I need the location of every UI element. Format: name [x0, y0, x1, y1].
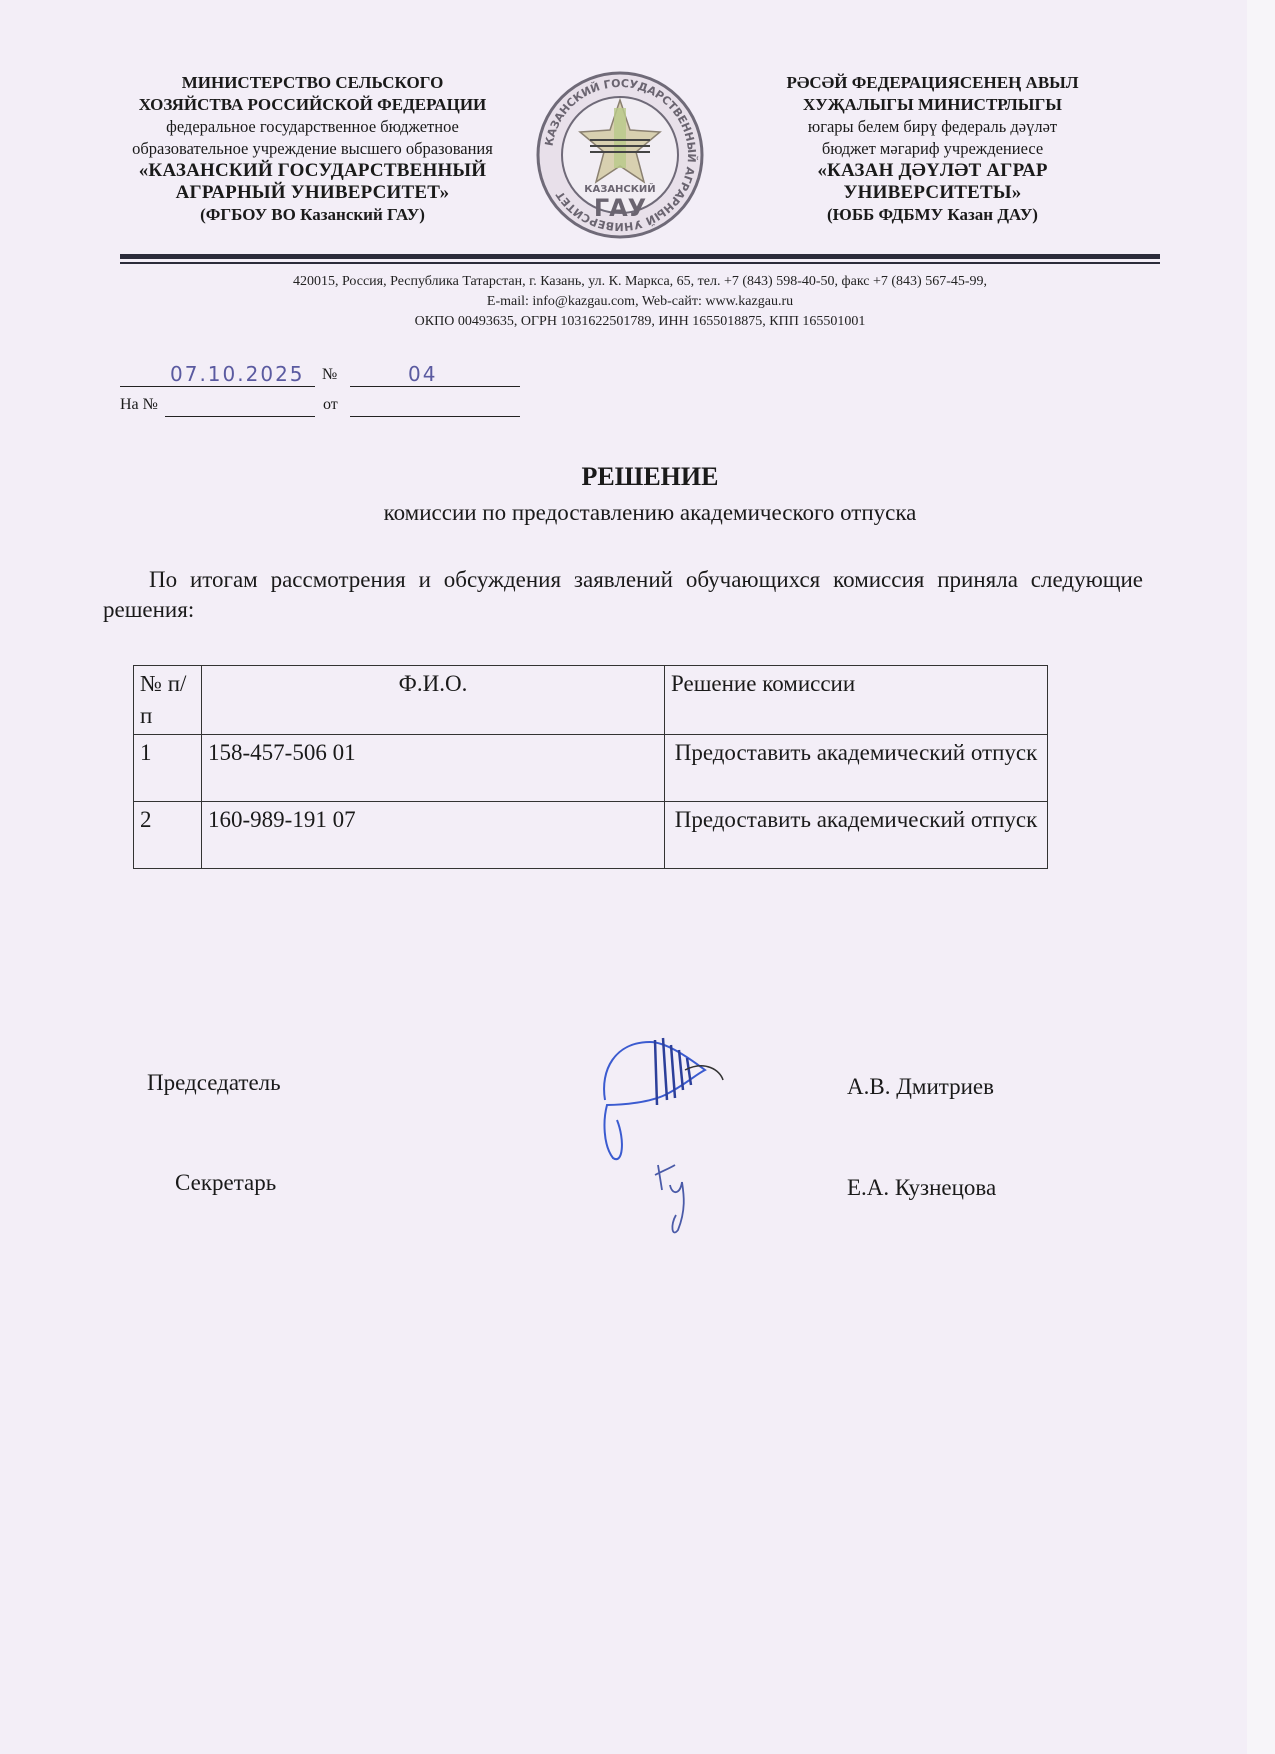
institution-tat-type-1: югары белем бирү федераль дәүләт [745, 116, 1120, 138]
ministry-tat-line-1: РӘСӘЙ ФЕДЕРАЦИЯСЕНЕҢ АВЫЛ [745, 72, 1120, 94]
institution-type-1: федеральное государственное бюджетное [100, 116, 525, 138]
header-left-russian: МИНИСТЕРСТВО СЕЛЬСКОГО ХОЗЯЙСТВА РОССИЙС… [100, 72, 525, 226]
row-num: 2 [134, 802, 202, 869]
chair-signature-icon [595, 1030, 745, 1170]
date-value: 07.10.2025 [170, 362, 305, 386]
page-edge [1247, 0, 1275, 1754]
university-name-2: АГРАРНЫЙ УНИВЕРСИТЕТ» [100, 182, 525, 204]
row-name: 160-989-191 07 [202, 802, 665, 869]
ref-date-label: от [323, 396, 338, 414]
registration-block: 07.10.2025 № 04 На № от [120, 362, 520, 390]
ref-number-label: На № [120, 396, 158, 414]
table-row: 2 160-989-191 07 Предоставить академичес… [134, 802, 1048, 869]
row-decision: Предоставить академический отпуск [665, 802, 1048, 869]
ref-date-field [350, 392, 520, 417]
row-decision: Предоставить академический отпуск [665, 735, 1048, 802]
header-name: Ф.И.О. [202, 666, 665, 735]
university-tat-name-2: УНИВЕРСИТЕТЫ» [745, 182, 1120, 204]
table-header-row: № п/п Ф.И.О. Решение комиссии [134, 666, 1048, 735]
web-line: E-mail: info@kazgau.com, Web-сайт: www.k… [160, 292, 1120, 312]
secretary-role: Секретарь [175, 1170, 276, 1196]
chair-name: А.В. Дмитриев [847, 1074, 994, 1100]
chair-role: Председатель [147, 1070, 281, 1096]
number-label: № [322, 366, 337, 384]
secretary-name: Е.А. Кузнецова [847, 1175, 996, 1201]
university-abbr: (ФГБОУ ВО Казанский ГАУ) [100, 204, 525, 226]
ministry-line-2: ХОЗЯЙСТВА РОССИЙСКОЙ ФЕДЕРАЦИИ [100, 94, 525, 116]
address-line: 420015, Россия, Республика Татарстан, г.… [160, 272, 1120, 292]
registry-codes-line: ОКПО 00493635, ОГРН 1031622501789, ИНН 1… [160, 312, 1120, 332]
secretary-signature-icon [650, 1160, 710, 1240]
university-tat-name-1: «КАЗАН ДӘҮЛӘТ АГРАР [745, 160, 1120, 182]
document-subtitle: комиссии по предоставлению академическог… [0, 500, 1275, 526]
row-name: 158-457-506 01 [202, 735, 665, 802]
number-value: 04 [408, 362, 437, 386]
header-right-tatar: РӘСӘЙ ФЕДЕРАЦИЯСЕНЕҢ АВЫЛ ХУҖАЛЫГЫ МИНИС… [745, 72, 1120, 226]
university-logo-icon: КАЗАНСКИЙ ГОСУДАРСТВЕННЫЙ АГРАРНЫЙ УНИВЕ… [530, 70, 710, 240]
ministry-line-1: МИНИСТЕРСТВО СЕЛЬСКОГО [100, 72, 525, 94]
table-row: 1 158-457-506 01 Предоставить академичес… [134, 735, 1048, 802]
institution-type-2: образовательное учреждение высшего образ… [100, 138, 525, 160]
intro-paragraph: По итогам рассмотрения и обсуждения заяв… [103, 565, 1143, 625]
ref-number-field [165, 392, 315, 417]
decisions-table: № п/п Ф.И.О. Решение комиссии 1 158-457-… [133, 665, 1048, 869]
document-title: РЕШЕНИЕ [0, 462, 1275, 492]
header-divider-thick [120, 254, 1160, 259]
institution-tat-type-2: бюджет мәгариф учреждениесе [745, 138, 1120, 160]
contact-block: 420015, Россия, Республика Татарстан, г.… [160, 272, 1120, 332]
ministry-tat-line-2: ХУҖАЛЫГЫ МИНИСТРЛЫГЫ [745, 94, 1120, 116]
university-name-1: «КАЗАНСКИЙ ГОСУДАРСТВЕННЫЙ [100, 160, 525, 182]
header-num: № п/п [134, 666, 202, 735]
university-tat-abbr: (ЮББ ФДБМУ Казан ДАУ) [745, 204, 1120, 226]
svg-text:ГАУ: ГАУ [594, 194, 646, 222]
header-decision: Решение комиссии [665, 666, 1048, 735]
header-divider-thin [120, 262, 1160, 264]
row-num: 1 [134, 735, 202, 802]
